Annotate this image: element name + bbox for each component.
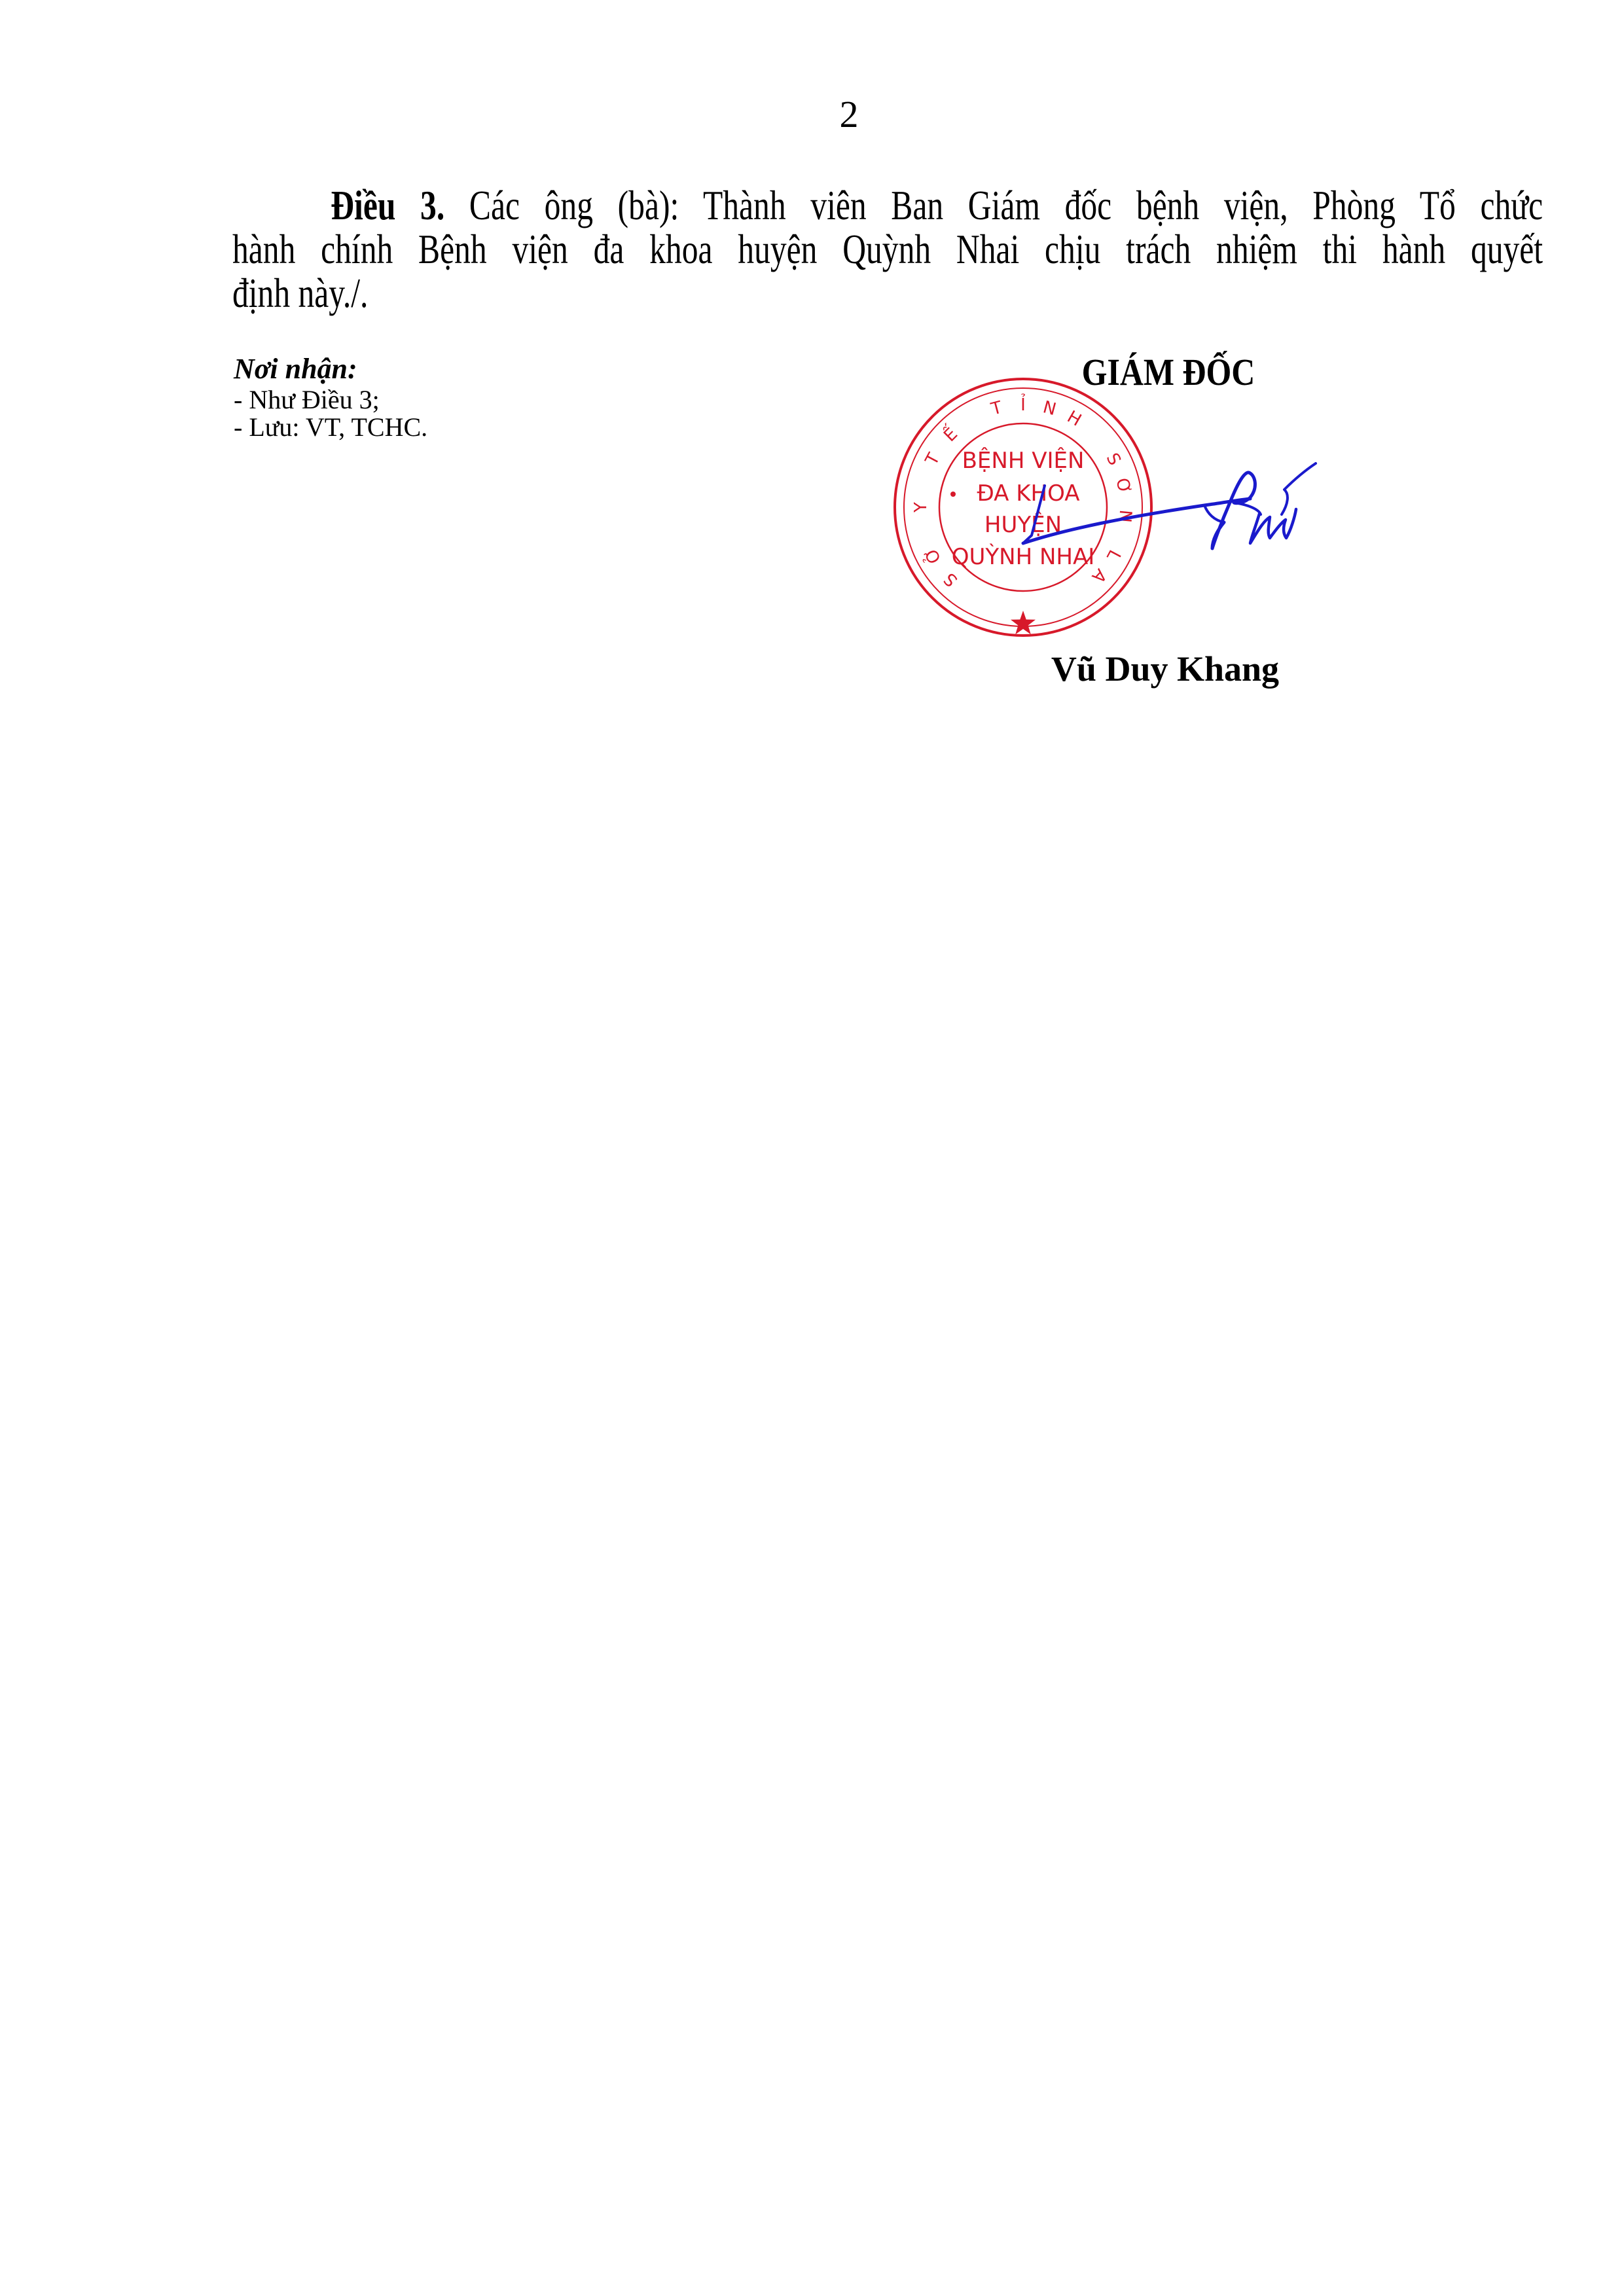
recipient-item: - Lưu: VT, TCHC. [234, 414, 427, 441]
stamp-dot [950, 492, 956, 497]
signer-name: Vũ Duy Khang [1021, 648, 1309, 690]
svg-text:Ở: Ở [918, 544, 945, 568]
article-heading: Điều 3. [331, 182, 444, 228]
svg-text:Y: Y [911, 502, 931, 513]
recipients-block: Nơi nhận: - Như Điều 3; - Lưu: VT, TCHC. [234, 353, 427, 441]
article-line: định này./. [232, 271, 1543, 315]
svg-text:H: H [1064, 407, 1085, 431]
svg-text:Ế: Ế [938, 422, 962, 446]
page-number: 2 [784, 92, 914, 137]
article-line: Điều 3. Các ông (bà): Thành viên Ban Giá… [232, 183, 1543, 227]
article-line: hành chính Bệnh viện đa khoa huyện Quỳnh… [232, 227, 1543, 271]
svg-text:T: T [922, 450, 944, 469]
svg-text:Ỉ: Ỉ [1020, 393, 1026, 415]
document-page: 2 Điều 3. Các ông (bà): Thành viên Ban G… [0, 0, 1624, 2296]
recipient-item: - Như Điều 3; [234, 386, 427, 414]
svg-text:T: T [988, 398, 1004, 420]
recipients-title: Nơi nhận: [234, 353, 427, 385]
svg-text:N: N [1041, 397, 1058, 420]
star-icon [1011, 611, 1036, 634]
article-3-paragraph: Điều 3. Các ông (bà): Thành viên Ban Giá… [232, 183, 1543, 315]
svg-text:S: S [940, 569, 962, 590]
handwritten-signature [1008, 452, 1335, 563]
